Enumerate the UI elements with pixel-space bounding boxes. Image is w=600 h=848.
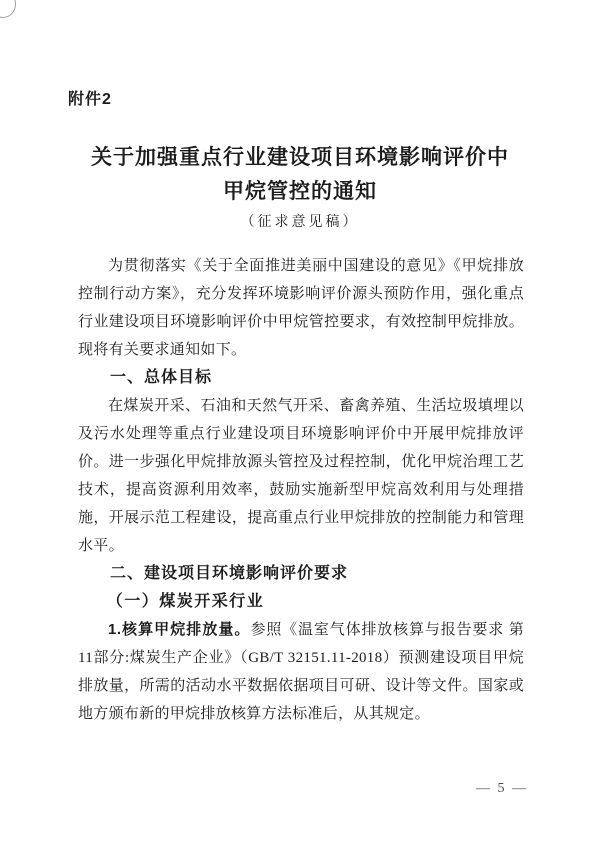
- scan-corner-artifact: [0, 0, 16, 18]
- document-body: 为贯彻落实《关于全面推进美丽中国建设的意见》《甲烷排放控制行动方案》，充分发挥环…: [78, 252, 524, 728]
- document-title-line-2: 甲烷管控的通知: [0, 174, 600, 208]
- page-number: — 5 —: [476, 781, 528, 797]
- paragraph-methane-accounting: 1.核算甲烷排放量。参照《温室气体排放核算与报告要求 第11部分:煤炭生产企业》…: [78, 616, 524, 728]
- subsection-heading-coal-mining: （一）煤炭开采行业: [78, 588, 524, 616]
- document-subtitle: （征求意见稿）: [0, 211, 600, 231]
- document-title-line-1: 关于加强重点行业建设项目环境影响评价中: [0, 140, 600, 174]
- document-page: 附件2 关于加强重点行业建设项目环境影响评价中 甲烷管控的通知 （征求意见稿） …: [0, 0, 600, 848]
- item-lead-methane-accounting: 1.核算甲烷排放量。: [108, 621, 250, 638]
- section-heading-eia-requirements: 二、建设项目环境影响评价要求: [78, 560, 524, 588]
- paragraph-overall-goals: 在煤炭开采、石油和天然气开采、畜禽养殖、生活垃圾填埋以及污水处理等重点行业建设项…: [78, 392, 524, 560]
- document-title: 关于加强重点行业建设项目环境影响评价中 甲烷管控的通知: [0, 140, 600, 208]
- attachment-label: 附件2: [68, 86, 112, 109]
- paragraph-intro: 为贯彻落实《关于全面推进美丽中国建设的意见》《甲烷排放控制行动方案》，充分发挥环…: [78, 252, 524, 364]
- section-heading-overall-goals: 一、总体目标: [78, 364, 524, 392]
